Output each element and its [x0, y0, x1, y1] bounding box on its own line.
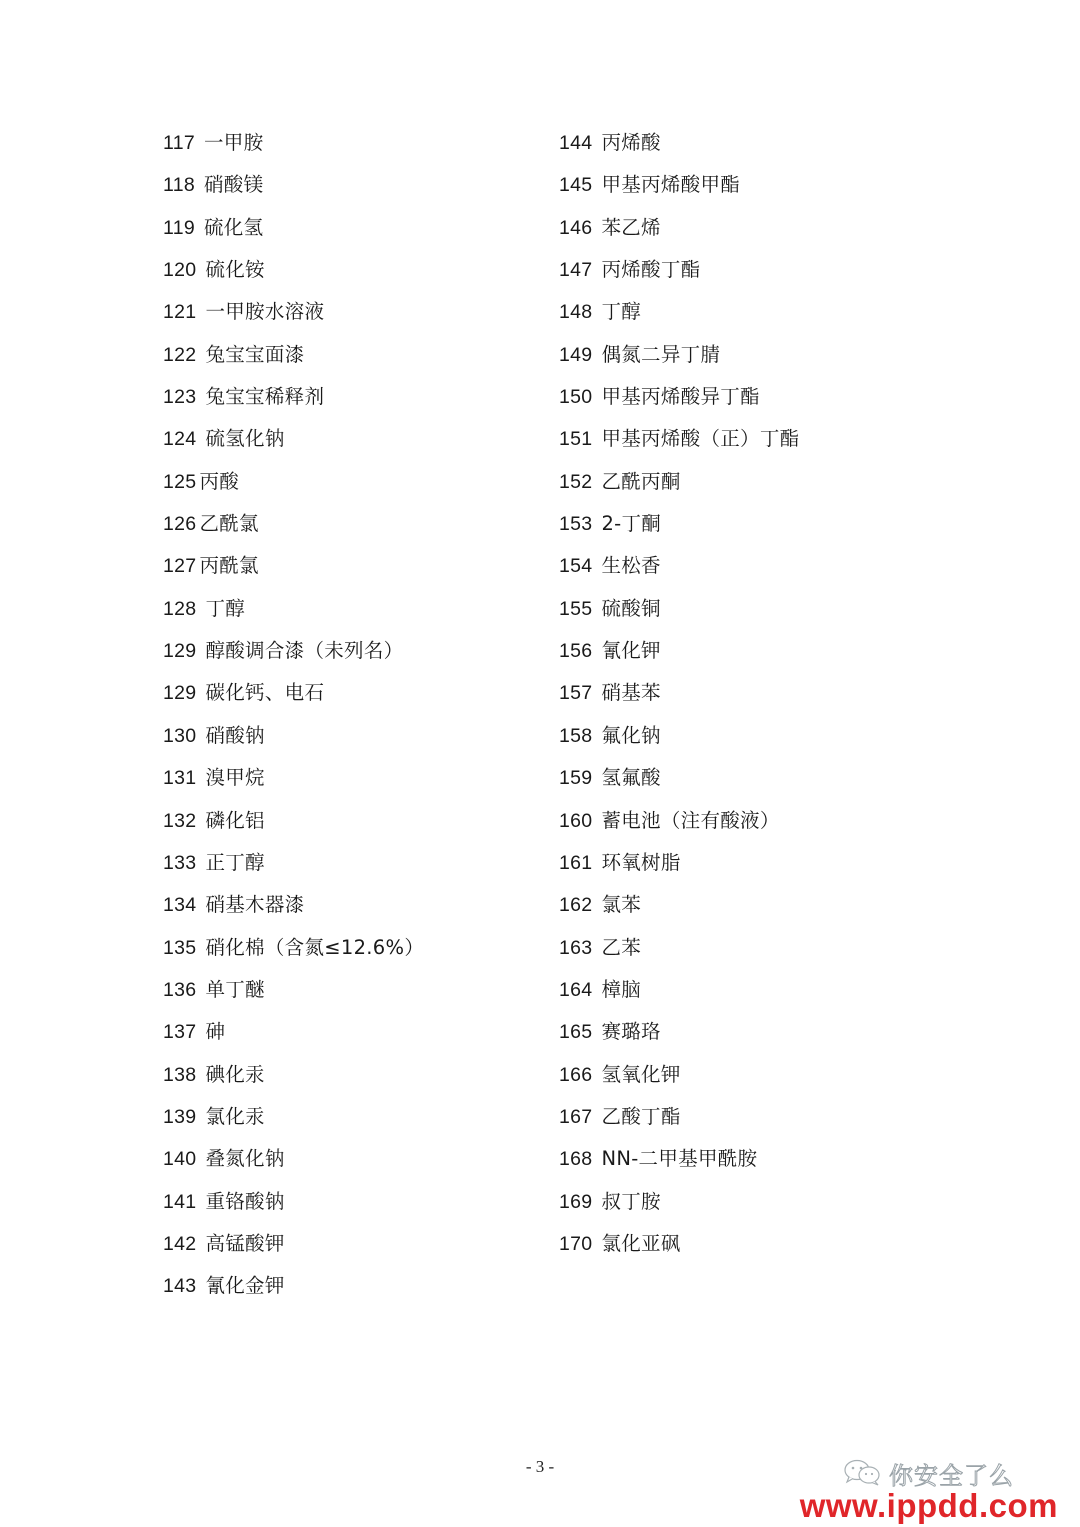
list-item: 134硝基木器漆 — [163, 884, 424, 926]
item-number: 145 — [559, 164, 592, 206]
item-number: 134 — [163, 884, 196, 926]
item-name: 氰化金钾 — [205, 1265, 284, 1307]
item-name: 乙苯 — [601, 927, 641, 969]
item-name: 叠氮化钠 — [205, 1138, 284, 1180]
item-name: 樟脑 — [601, 969, 641, 1011]
item-number: 163 — [559, 927, 592, 969]
list-item: 154生松香 — [559, 545, 799, 587]
list-item: 141重铬酸钠 — [163, 1181, 424, 1223]
item-number: 154 — [559, 545, 592, 587]
list-item: 125丙酸 — [163, 461, 424, 503]
item-number: 129 — [163, 672, 196, 714]
list-item: 159氢氟酸 — [559, 757, 799, 799]
item-number: 165 — [559, 1011, 592, 1053]
list-item: 166氢氧化钾 — [559, 1054, 799, 1096]
watermark: 你安全了么 www.ippdd.com — [788, 1458, 1058, 1524]
list-item: 132磷化铝 — [163, 800, 424, 842]
item-name: 硝酸镁 — [204, 164, 263, 206]
item-name: 偶氮二异丁腈 — [601, 334, 720, 376]
list-item: 149偶氮二异丁腈 — [559, 334, 799, 376]
list-item: 170氯化亚砜 — [559, 1223, 799, 1265]
list-item: 164樟脑 — [559, 969, 799, 1011]
item-name: 甲基丙烯酸异丁酯 — [601, 376, 759, 418]
list-item: 155硫酸铜 — [559, 588, 799, 630]
item-number: 121 — [163, 291, 196, 333]
item-number: 118 — [163, 164, 195, 206]
item-name: 硝基木器漆 — [205, 884, 304, 926]
list-item: 144丙烯酸 — [559, 122, 799, 164]
item-name: 一甲胺水溶液 — [205, 291, 324, 333]
item-number: 155 — [559, 588, 592, 630]
list-item: 161环氧树脂 — [559, 842, 799, 884]
item-name: 硫氢化钠 — [205, 418, 284, 460]
item-number: 126 — [163, 503, 196, 545]
item-name: 乙酸丁酯 — [601, 1096, 680, 1138]
item-name: 丁醇 — [205, 588, 245, 630]
item-name: 硫酸铜 — [601, 588, 660, 630]
watermark-url: www.ippdd.com — [800, 1488, 1058, 1524]
list-item: 156氰化钾 — [559, 630, 799, 672]
item-number: 117 — [163, 122, 195, 164]
list-item: 126乙酰氯 — [163, 503, 424, 545]
list-item: 167乙酸丁酯 — [559, 1096, 799, 1138]
list-item: 157硝基苯 — [559, 672, 799, 714]
list-item: 1532-丁酮 — [559, 503, 799, 545]
item-name: 碘化汞 — [205, 1054, 264, 1096]
list-item: 137砷 — [163, 1011, 424, 1053]
list-item: 140叠氮化钠 — [163, 1138, 424, 1180]
list-item: 131溴甲烷 — [163, 757, 424, 799]
item-name: 赛璐珞 — [601, 1011, 660, 1053]
list-item: 129碳化钙、电石 — [163, 672, 424, 714]
list-item: 165赛璐珞 — [559, 1011, 799, 1053]
item-name: 甲基丙烯酸甲酯 — [601, 164, 740, 206]
item-number: 125 — [163, 461, 196, 503]
item-name: 环氧树脂 — [601, 842, 680, 884]
item-number: 159 — [559, 757, 592, 799]
item-name: 重铬酸钠 — [205, 1181, 284, 1223]
item-number: 143 — [163, 1265, 196, 1307]
item-name: 高锰酸钾 — [205, 1223, 284, 1265]
list-item: 121一甲胺水溶液 — [163, 291, 424, 333]
item-name: 醇酸调合漆（未列名） — [205, 630, 403, 672]
item-name: 氯化汞 — [205, 1096, 264, 1138]
item-name: 蓄电池（注有酸液） — [601, 800, 779, 842]
item-number: 128 — [163, 588, 196, 630]
item-name: 丙酰氯 — [199, 545, 258, 587]
item-number: 139 — [163, 1096, 196, 1138]
item-number: 162 — [559, 884, 592, 926]
list-item: 158氟化钠 — [559, 715, 799, 757]
item-number: 161 — [559, 842, 592, 884]
item-name: 硝酸钠 — [205, 715, 264, 757]
list-item: 147丙烯酸丁酯 — [559, 249, 799, 291]
list-item: 127丙酰氯 — [163, 545, 424, 587]
item-number: 135 — [163, 927, 196, 969]
item-number: 120 — [163, 249, 196, 291]
item-number: 140 — [163, 1138, 196, 1180]
item-name: NN-二甲基甲酰胺 — [601, 1138, 757, 1180]
item-number: 158 — [559, 715, 592, 757]
item-name: 兔宝宝稀释剂 — [205, 376, 324, 418]
item-number: 124 — [163, 418, 196, 460]
item-number: 146 — [559, 207, 592, 249]
item-name: 氢氧化钾 — [601, 1054, 680, 1096]
list-item: 162氯苯 — [559, 884, 799, 926]
item-number: 160 — [559, 800, 592, 842]
wechat-icon — [843, 1459, 883, 1487]
list-item: 145甲基丙烯酸甲酯 — [559, 164, 799, 206]
item-name: 碳化钙、电石 — [205, 672, 324, 714]
item-name: 硫化铵 — [205, 249, 264, 291]
list-item: 146苯乙烯 — [559, 207, 799, 249]
item-number: 119 — [163, 207, 195, 249]
list-item: 138碘化汞 — [163, 1054, 424, 1096]
item-name: 甲基丙烯酸（正）丁酯 — [601, 418, 799, 460]
item-number: 151 — [559, 418, 592, 460]
item-number: 122 — [163, 334, 196, 376]
item-number: 148 — [559, 291, 592, 333]
item-name: 2-丁酮 — [601, 503, 661, 545]
list-item: 120硫化铵 — [163, 249, 424, 291]
list-item: 139氯化汞 — [163, 1096, 424, 1138]
list-item: 160蓄电池（注有酸液） — [559, 800, 799, 842]
item-number: 141 — [163, 1181, 196, 1223]
item-name: 兔宝宝面漆 — [205, 334, 304, 376]
item-name: 一甲胺 — [204, 122, 263, 164]
list-item: 122兔宝宝面漆 — [163, 334, 424, 376]
item-number: 144 — [559, 122, 592, 164]
list-item: 117一甲胺 — [163, 122, 424, 164]
list-item: 133正丁醇 — [163, 842, 424, 884]
document-page: 117一甲胺 118硝酸镁 119硫化氢 120硫化铵 121一甲胺水溶液 12… — [0, 0, 1080, 1527]
item-number: 147 — [559, 249, 592, 291]
item-name: 丙烯酸丁酯 — [601, 249, 700, 291]
list-item: 124硫氢化钠 — [163, 418, 424, 460]
list-item: 142高锰酸钾 — [163, 1223, 424, 1265]
list-item: 152乙酰丙酮 — [559, 461, 799, 503]
item-number: 123 — [163, 376, 196, 418]
item-number: 156 — [559, 630, 592, 672]
item-number: 138 — [163, 1054, 196, 1096]
item-number: 169 — [559, 1181, 592, 1223]
item-name: 氯苯 — [601, 884, 641, 926]
item-name: 磷化铝 — [205, 800, 264, 842]
chemical-list-right: 144丙烯酸 145甲基丙烯酸甲酯 146苯乙烯 147丙烯酸丁酯 148丁醇 … — [559, 122, 799, 1265]
item-number: 136 — [163, 969, 196, 1011]
item-number: 168 — [559, 1138, 592, 1180]
item-name: 氰化钾 — [601, 630, 660, 672]
list-item: 143氰化金钾 — [163, 1265, 424, 1307]
list-item: 119硫化氢 — [163, 207, 424, 249]
list-item: 128丁醇 — [163, 588, 424, 630]
item-name: 丙酸 — [199, 461, 239, 503]
list-item: 163乙苯 — [559, 927, 799, 969]
item-name: 砷 — [205, 1011, 225, 1053]
item-number: 132 — [163, 800, 196, 842]
item-name: 单丁醚 — [205, 969, 264, 1011]
item-name: 溴甲烷 — [205, 757, 264, 799]
item-number: 127 — [163, 545, 196, 587]
item-name: 生松香 — [601, 545, 660, 587]
list-item: 136单丁醚 — [163, 969, 424, 1011]
item-number: 142 — [163, 1223, 196, 1265]
item-number: 137 — [163, 1011, 196, 1053]
chemical-list-left: 117一甲胺 118硝酸镁 119硫化氢 120硫化铵 121一甲胺水溶液 12… — [163, 122, 424, 1308]
list-item: 150甲基丙烯酸异丁酯 — [559, 376, 799, 418]
item-number: 167 — [559, 1096, 592, 1138]
item-name: 叔丁胺 — [601, 1181, 660, 1223]
list-item: 169叔丁胺 — [559, 1181, 799, 1223]
item-number: 150 — [559, 376, 592, 418]
item-name: 丁醇 — [601, 291, 641, 333]
list-item: 168NN-二甲基甲酰胺 — [559, 1138, 799, 1180]
watermark-caption-row: 你安全了么 — [843, 1458, 1014, 1488]
item-name: 乙酰氯 — [199, 503, 258, 545]
item-number: 131 — [163, 757, 196, 799]
item-number: 149 — [559, 334, 592, 376]
item-name: 硝化棉（含氮≤12.6%） — [205, 927, 424, 969]
item-name: 丙烯酸 — [601, 122, 660, 164]
list-item: 148丁醇 — [559, 291, 799, 333]
item-number: 129 — [163, 630, 196, 672]
list-item: 151甲基丙烯酸（正）丁酯 — [559, 418, 799, 460]
item-name: 硫化氢 — [204, 207, 263, 249]
item-name: 乙酰丙酮 — [601, 461, 680, 503]
item-name: 硝基苯 — [601, 672, 660, 714]
item-number: 166 — [559, 1054, 592, 1096]
item-number: 152 — [559, 461, 592, 503]
item-name: 氢氟酸 — [601, 757, 660, 799]
list-item: 130硝酸钠 — [163, 715, 424, 757]
item-number: 157 — [559, 672, 592, 714]
list-item: 135硝化棉（含氮≤12.6%） — [163, 927, 424, 969]
list-item: 118硝酸镁 — [163, 164, 424, 206]
list-item: 123兔宝宝稀释剂 — [163, 376, 424, 418]
item-name: 苯乙烯 — [601, 207, 660, 249]
watermark-caption: 你安全了么 — [889, 1456, 1014, 1491]
list-item: 129醇酸调合漆（未列名） — [163, 630, 424, 672]
item-name: 正丁醇 — [205, 842, 264, 884]
item-number: 133 — [163, 842, 196, 884]
item-name: 氯化亚砜 — [601, 1223, 680, 1265]
item-number: 170 — [559, 1223, 592, 1265]
item-name: 氟化钠 — [601, 715, 660, 757]
item-number: 164 — [559, 969, 592, 1011]
item-number: 130 — [163, 715, 196, 757]
item-number: 153 — [559, 503, 592, 545]
